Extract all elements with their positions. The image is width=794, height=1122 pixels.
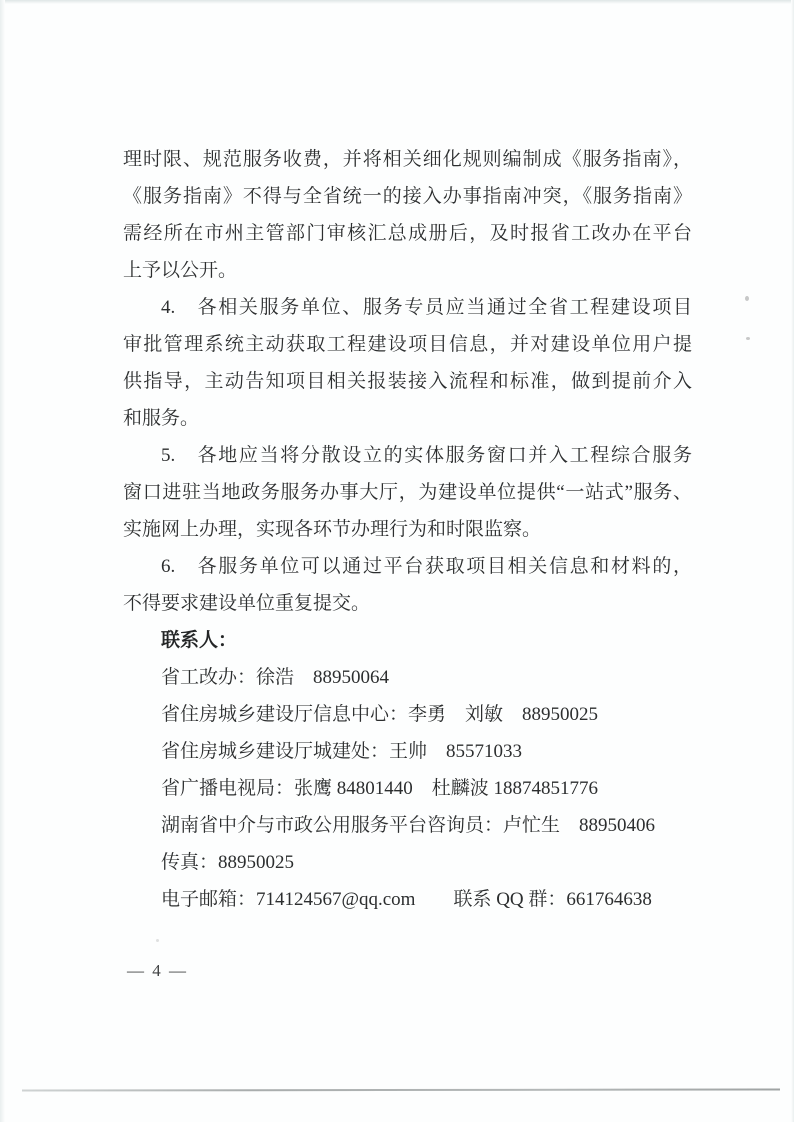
body-text-line: 审批管理系统主动获取工程建设项目信息，并对建设单位用户提: [123, 326, 692, 363]
scanned-document-page: 理时限、规范服务收费，并将相关细化规则编制成《服务指南》， 《服务指南》不得与全…: [0, 0, 794, 1122]
body-text-line: 不得要求建设单位重复提交。: [123, 585, 692, 622]
body-text-line: 4. 各相关服务单位、服务专员应当通过全省工程建设项目: [123, 289, 692, 326]
contact-line: 省工改办：徐浩 88950064: [123, 659, 692, 696]
page-number: — 4 —: [127, 961, 188, 981]
contacts-heading: 联系人：: [123, 622, 692, 659]
body-text-line: 5. 各地应当将分散设立的实体服务窗口并入工程综合服务: [123, 437, 692, 474]
scan-edge-left: [0, 0, 5, 1122]
body-text-line: 6. 各服务单位可以通过平台获取项目相关信息和材料的，: [123, 548, 692, 585]
contact-line: 传真：88950025: [123, 844, 692, 881]
contact-line: 省住房城乡建设厅城建处：王帅 85571033: [123, 733, 692, 770]
scan-speck: [156, 939, 159, 942]
contact-line: 电子邮箱：714124567@qq.com 联系 QQ 群：661764638: [123, 881, 692, 918]
document-body: 理时限、规范服务收费，并将相关细化规则编制成《服务指南》， 《服务指南》不得与全…: [123, 141, 692, 918]
scan-edge-top: [0, 0, 794, 4]
scan-speck: [746, 337, 750, 340]
body-text-line: 上予以公开。: [123, 252, 692, 289]
body-text-line: 理时限、规范服务收费，并将相关细化规则编制成《服务指南》，: [123, 141, 692, 178]
body-text-line: 供指导，主动告知项目相关报装接入流程和标准，做到提前介入: [123, 363, 692, 400]
contact-line: 省住房城乡建设厅信息中心：李勇 刘敏 88950025: [123, 696, 692, 733]
contact-line: 湖南省中介与市政公用服务平台咨询员：卢忙生 88950406: [123, 807, 692, 844]
contact-line: 省广播电视局：张鹰 84801440 杜麟波 18874851776: [123, 770, 692, 807]
scan-edge-bottom-line: [22, 1088, 780, 1091]
body-text-line: 实施网上办理，实现各环节办理行为和时限监察。: [123, 511, 692, 548]
body-text-line: 和服务。: [123, 400, 692, 437]
scan-speck: [745, 296, 749, 301]
body-text-line: 窗口进驻当地政务服务办事大厅，为建设单位提供“一站式”服务、: [123, 474, 692, 511]
body-text-line: 《服务指南》不得与全省统一的接入办事指南冲突，《服务指南》: [123, 178, 692, 215]
body-text-line: 需经所在市州主管部门审核汇总成册后，及时报省工改办在平台: [123, 215, 692, 252]
